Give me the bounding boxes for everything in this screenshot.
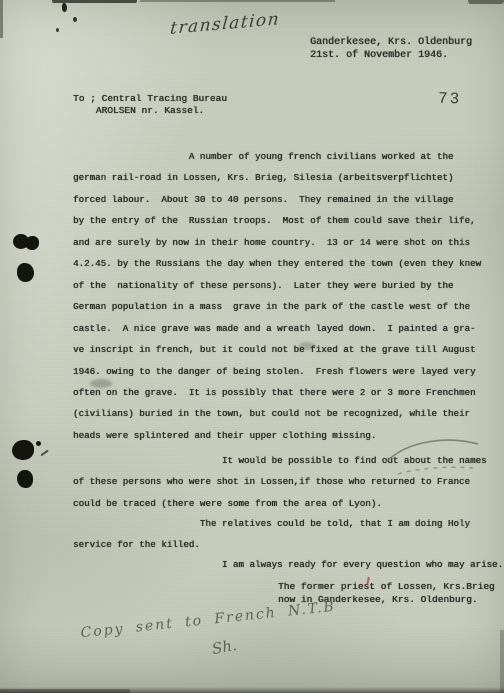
recipient-block: To ; Central Tracing Bureau AROLSEN nr. … [73, 93, 227, 117]
ink-blot [17, 263, 34, 282]
ink-smudge [90, 379, 112, 388]
ink-blot [12, 440, 34, 460]
scan-edge-mark [0, 0, 3, 38]
scan-edge-mark [140, 0, 335, 2]
ink-speck [56, 28, 59, 32]
pencil-slash-mark [40, 450, 48, 456]
ink-smudge [299, 342, 315, 350]
body-paragraph-3: The relatives could be told, that I am d… [73, 513, 470, 556]
scan-edge-mark [52, 0, 137, 3]
scan-edge-mark [0, 689, 130, 693]
ink-speck [73, 17, 77, 22]
ink-blot [17, 470, 33, 488]
document-page: translation Ganderkesee, Krs. Oldenburg … [0, 0, 504, 693]
handwritten-initials: Sh. [211, 636, 238, 658]
right-edge-shadow [500, 630, 504, 693]
pencil-scribble [378, 432, 493, 484]
body-paragraph-1: A number of young french civilians worke… [73, 146, 481, 446]
ink-speck [36, 441, 41, 446]
scan-edge-mark [468, 0, 504, 4]
page-number: 73 [438, 90, 462, 109]
body-paragraph-4: I am always ready for every question who… [73, 554, 503, 575]
place-date-block: Ganderkesee, Krs. Oldenburg 21st. of Nov… [310, 37, 472, 62]
handwritten-translation-note: translation [169, 9, 281, 39]
ink-speck [62, 3, 67, 12]
ink-blot [25, 236, 39, 250]
handwritten-copy-note: Copy sent to French N.T.B [80, 599, 337, 642]
